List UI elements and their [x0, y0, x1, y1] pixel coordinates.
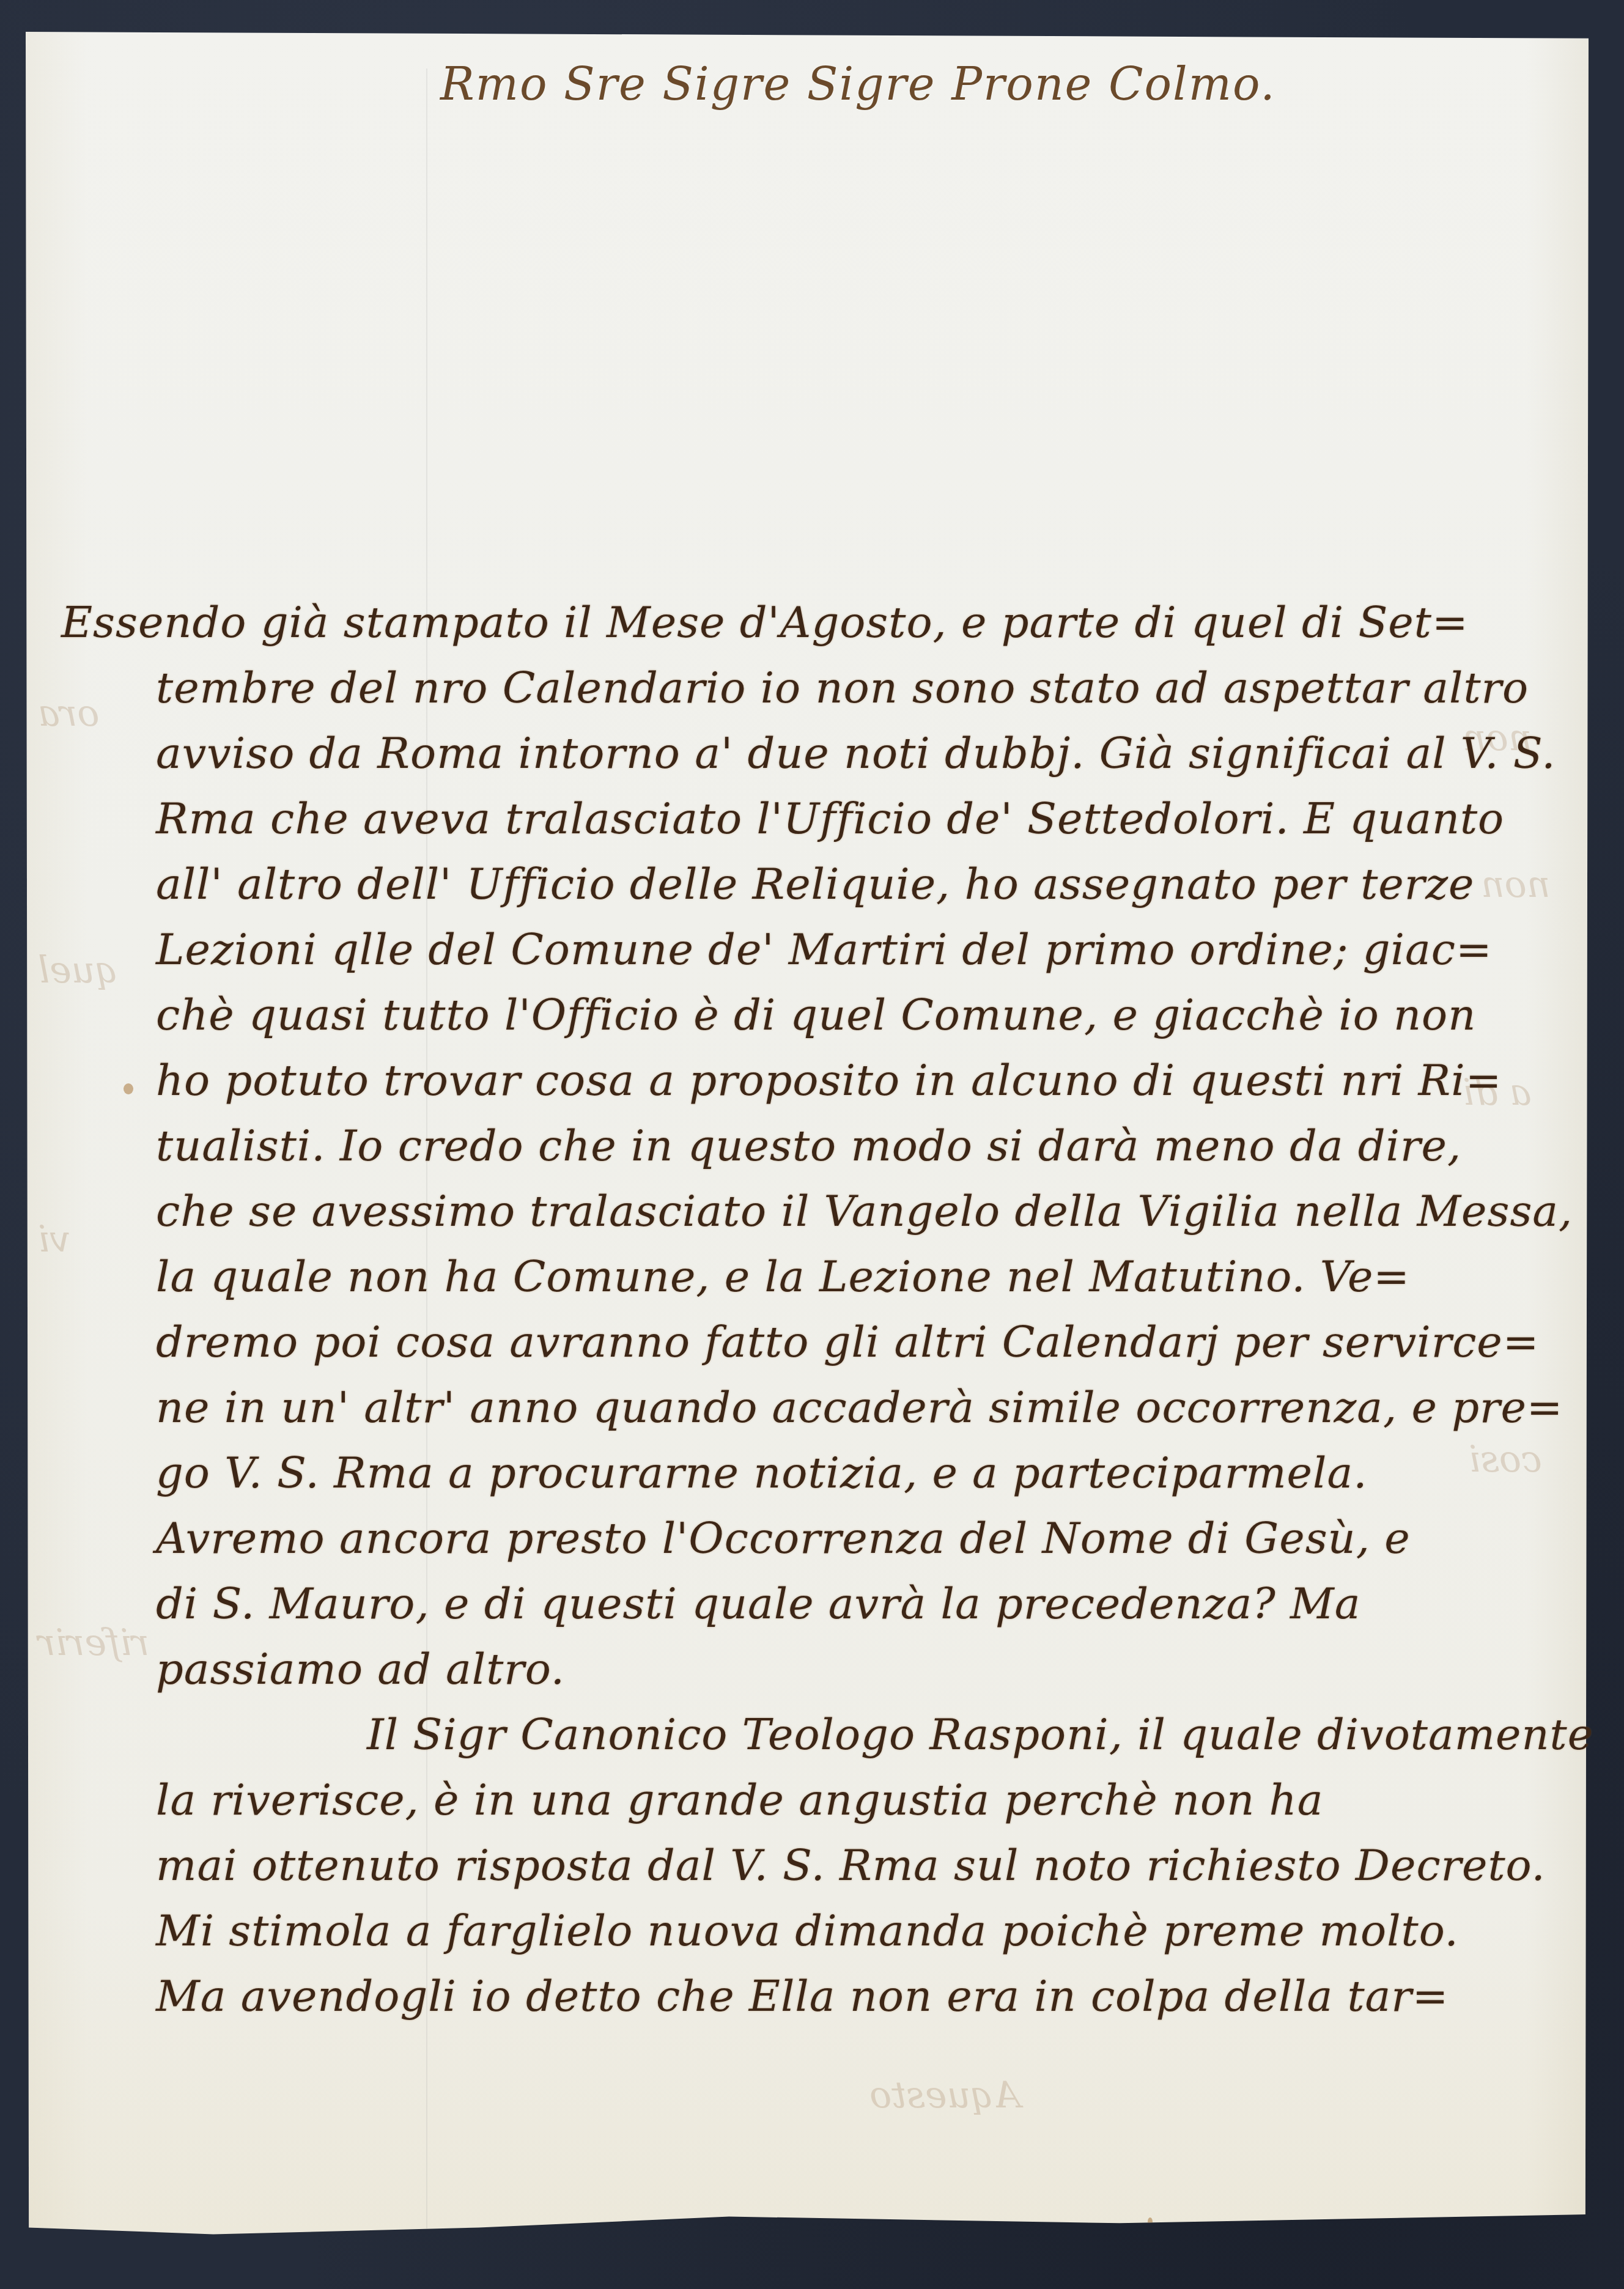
body-line: Essendo già stampato il Mese d'Agosto, e…: [61, 590, 1578, 655]
body-line: go V. S. Rma a procurarne notizia, e a p…: [61, 1440, 1578, 1506]
body-line: Avremo ancora presto l'Occorrenza del No…: [61, 1506, 1578, 1571]
paragraph-start-line: Il Sigr Canonico Teologo Rasponi, il qua…: [61, 1702, 1578, 1767]
body-line: Rma che aveva tralasciato l'Ufficio de' …: [61, 786, 1578, 852]
salutation-header: Rmo Sre Sigre Sigre Prone Colmo.: [440, 58, 1276, 111]
body-line: che se avessimo tralasciato il Vangelo d…: [61, 1179, 1578, 1244]
body-line: tembre del nro Calendario io non sono st…: [61, 655, 1578, 721]
body-line: dremo poi cosa avranno fatto gli altri C…: [61, 1310, 1578, 1375]
body-line: ne in un' altr' anno quando accaderà sim…: [61, 1375, 1578, 1440]
body-line: Ma avendogli io detto che Ella non era i…: [61, 1964, 1578, 2029]
letter-body: Essendo già stampato il Mese d'Agosto, e…: [61, 590, 1578, 2029]
body-line: all' altro dell' Ufficio delle Reliquie,…: [61, 852, 1578, 917]
bleed-through-text: Aquesto: [869, 2074, 1021, 2117]
body-line: avviso da Roma intorno a' due noti dubbj…: [61, 721, 1578, 786]
body-line: mai ottenuto risposta dal V. S. Rma sul …: [61, 1833, 1578, 1898]
body-line: la quale non ha Comune, e la Lezione nel…: [61, 1244, 1578, 1310]
body-line: passiamo ad altro.: [61, 1637, 1578, 1702]
body-line: ho potuto trovar cosa a proposito in alc…: [61, 1048, 1578, 1113]
body-line: di S. Mauro, e di questi quale avrà la p…: [61, 1571, 1578, 1637]
body-line: Lezioni qlle del Comune de' Martiri del …: [61, 917, 1578, 982]
body-line: tualisti. Io credo che in questo modo si…: [61, 1113, 1578, 1179]
body-line: Mi stimola a farglielo nuova dimanda poi…: [61, 1898, 1578, 1964]
body-line: la riverisce, è in una grande angustia p…: [61, 1767, 1578, 1833]
body-line: chè quasi tutto l'Officio è di quel Comu…: [61, 982, 1578, 1048]
